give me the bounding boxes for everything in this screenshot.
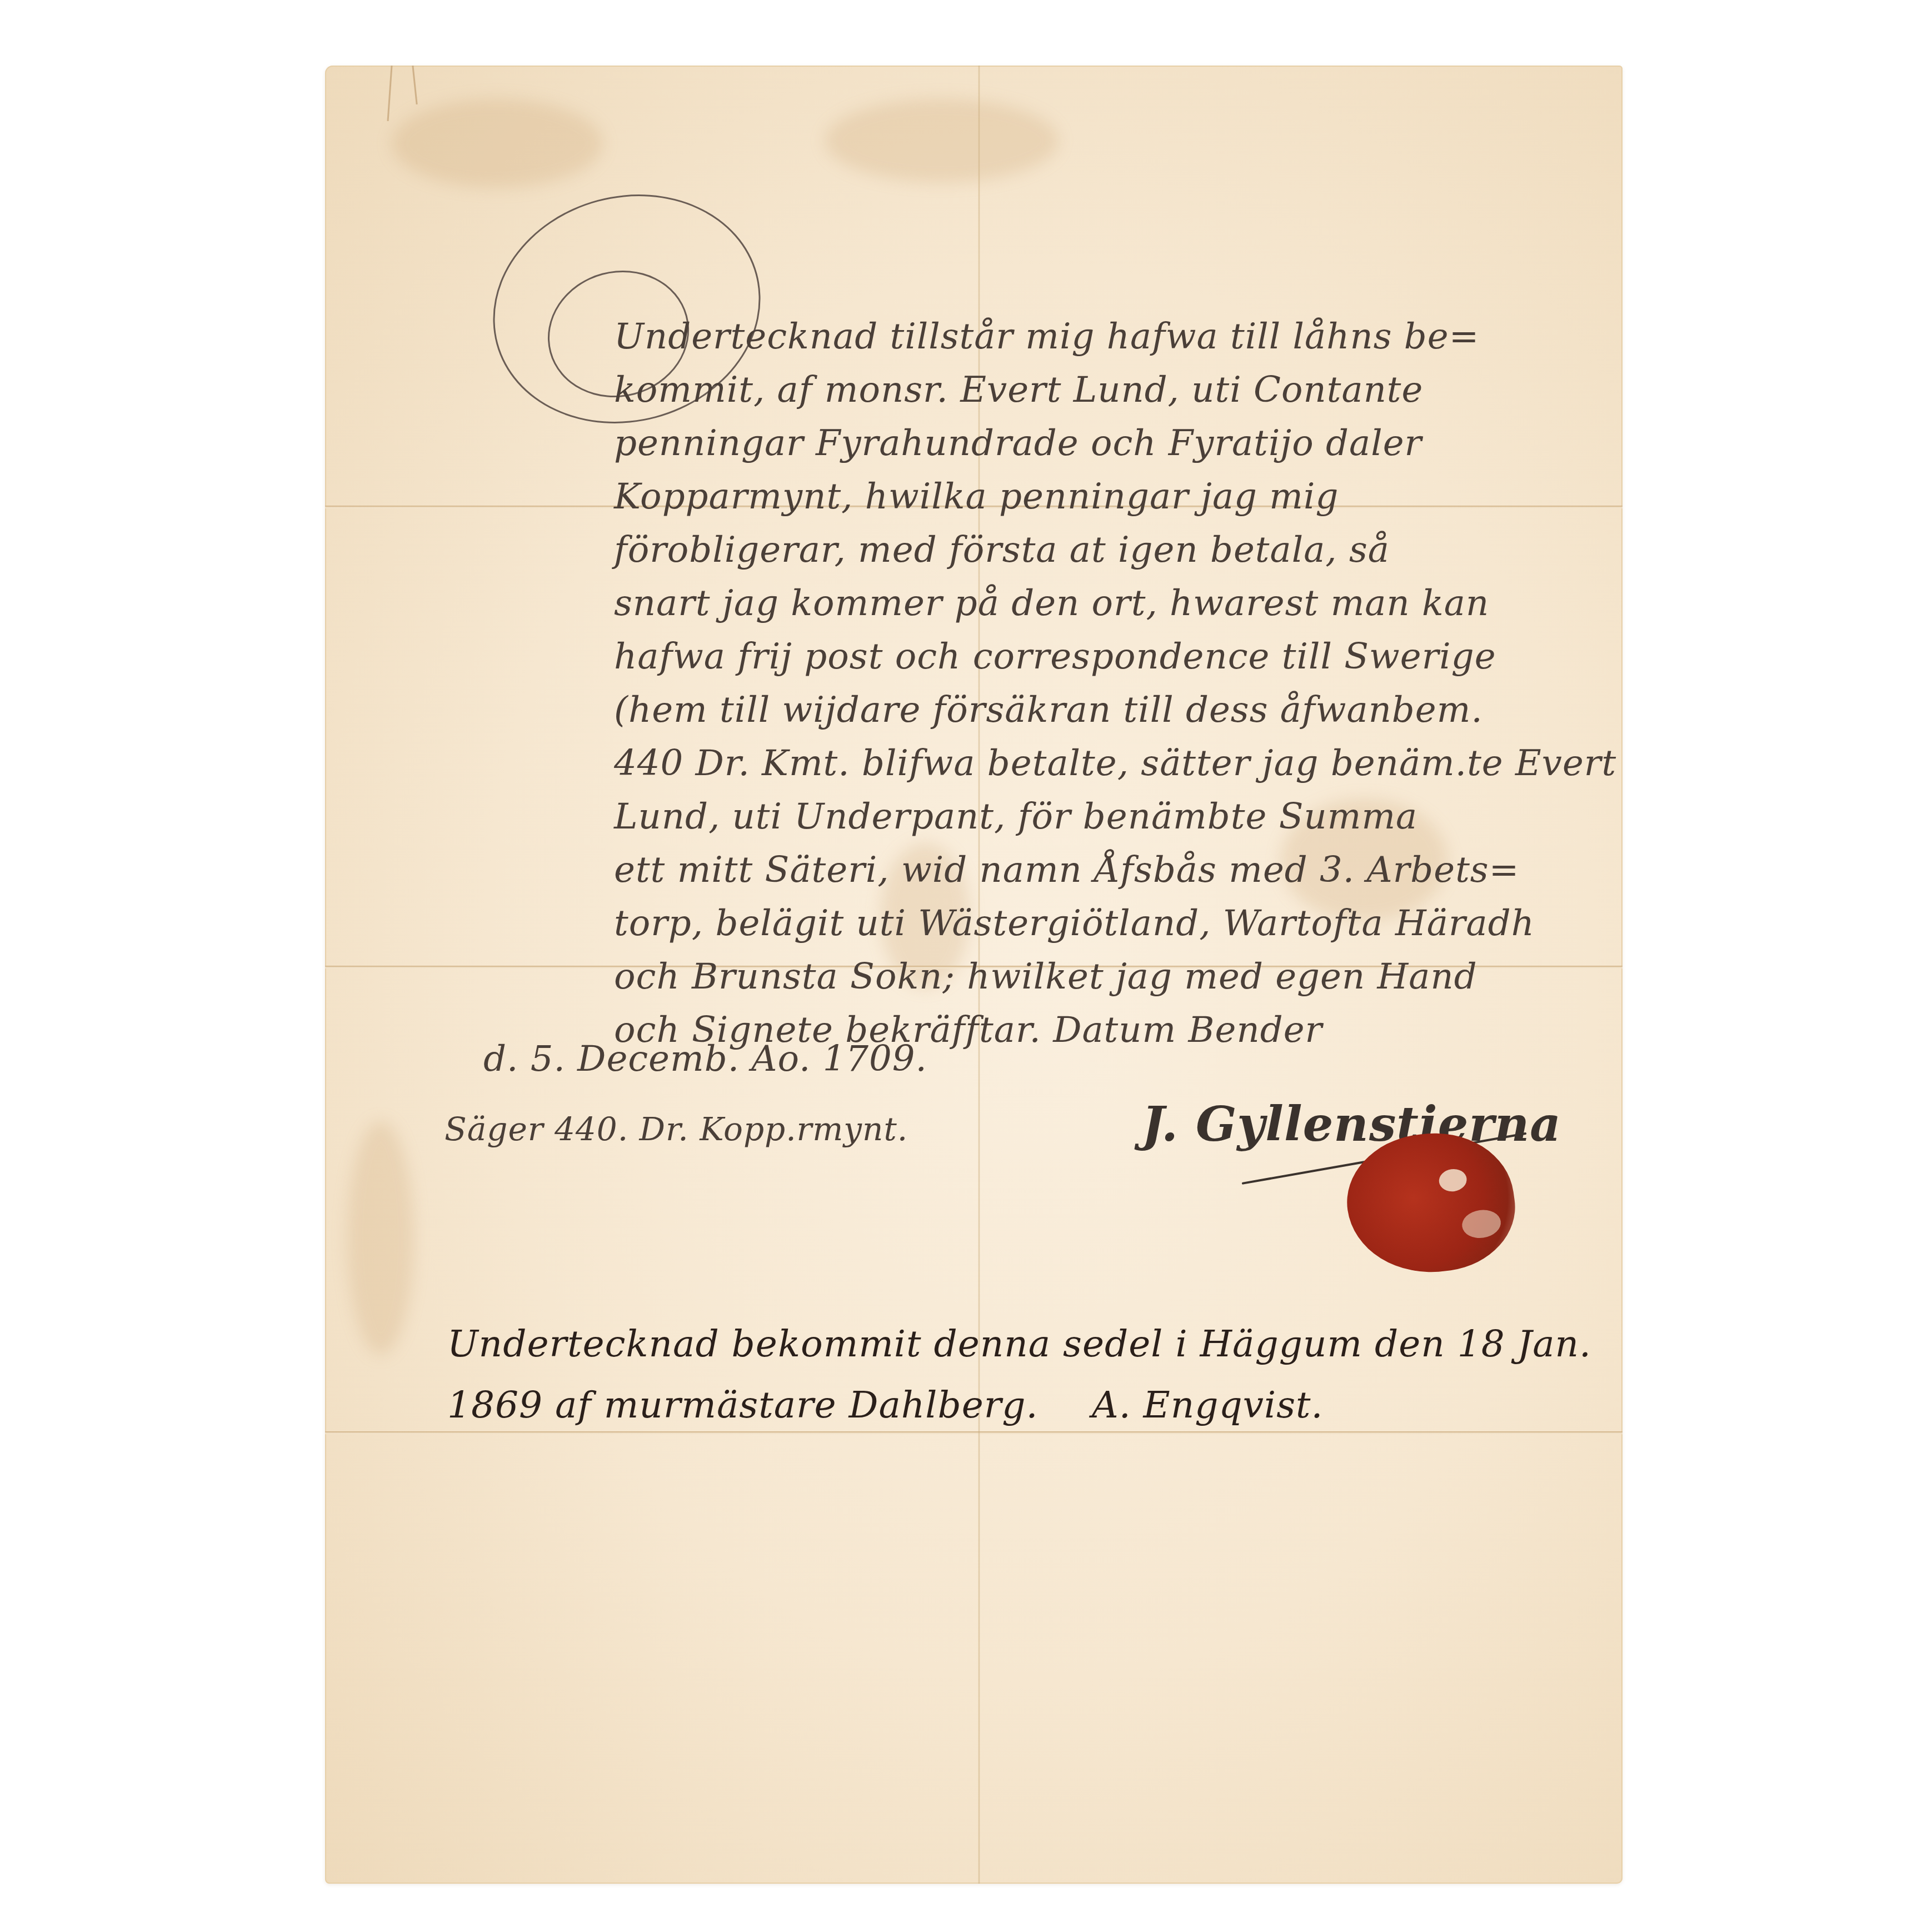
text-line: förobligerar, med första at igen betala,… <box>614 523 1390 577</box>
paper-tear <box>387 66 393 121</box>
seal-chip <box>1437 1167 1468 1194</box>
stain <box>392 99 603 188</box>
text-line: Undertecknad tillstår mig hafwa till låh… <box>614 310 1479 363</box>
stain <box>347 1121 414 1355</box>
text-line: Kopparmynt, hwilka penningar jag mig <box>614 470 1339 523</box>
amount-line: Säger 440. Dr. Kopp.rmynt. <box>445 1110 908 1148</box>
later-note-line-1: Undertecknad bekommit denna sedel i Hägg… <box>447 1322 1591 1365</box>
text-line: torp, belägit uti Wästergiötland, Wartof… <box>614 897 1535 950</box>
seal-chip <box>1460 1207 1502 1240</box>
text-line: 440 Dr. Kmt. blifwa betalte, sätter jag … <box>614 737 1616 790</box>
text-line: hafwa frij post och correspondence till … <box>614 630 1496 683</box>
later-note-signature: A. Engqvist. <box>1092 1384 1324 1426</box>
text-line: Lund, uti Underpant, för benämbte Summa <box>614 790 1417 843</box>
date-line: d. 5. Decemb. Ao. 1709. <box>483 1032 927 1086</box>
text-line: (hem till wijdare försäkran till dess åf… <box>614 683 1483 737</box>
fold-crease-horizontal <box>325 1431 1623 1435</box>
text-line: ett mitt Säteri, wid namn Åfsbås med 3. … <box>614 843 1519 897</box>
later-note-line-2: 1869 af murmästare Dahlberg. <box>447 1384 1039 1426</box>
text-line: kommit, af monsr. Evert Lund, uti Contan… <box>614 363 1423 417</box>
paper-tear <box>412 66 417 104</box>
text-line: penningar Fyrahundrade och Fyratijo dale… <box>614 417 1422 470</box>
signature-gyllenstierna: J. Gyllenstierna <box>1142 1096 1561 1152</box>
text-line: snart jag kommer på den ort, hwarest man… <box>614 577 1489 630</box>
manuscript-paper: Undertecknad tillstår mig hafwa till låh… <box>325 66 1623 1884</box>
stain <box>825 99 1059 182</box>
text-line: och Brunsta Sokn; hwilket jag med egen H… <box>614 950 1477 1004</box>
